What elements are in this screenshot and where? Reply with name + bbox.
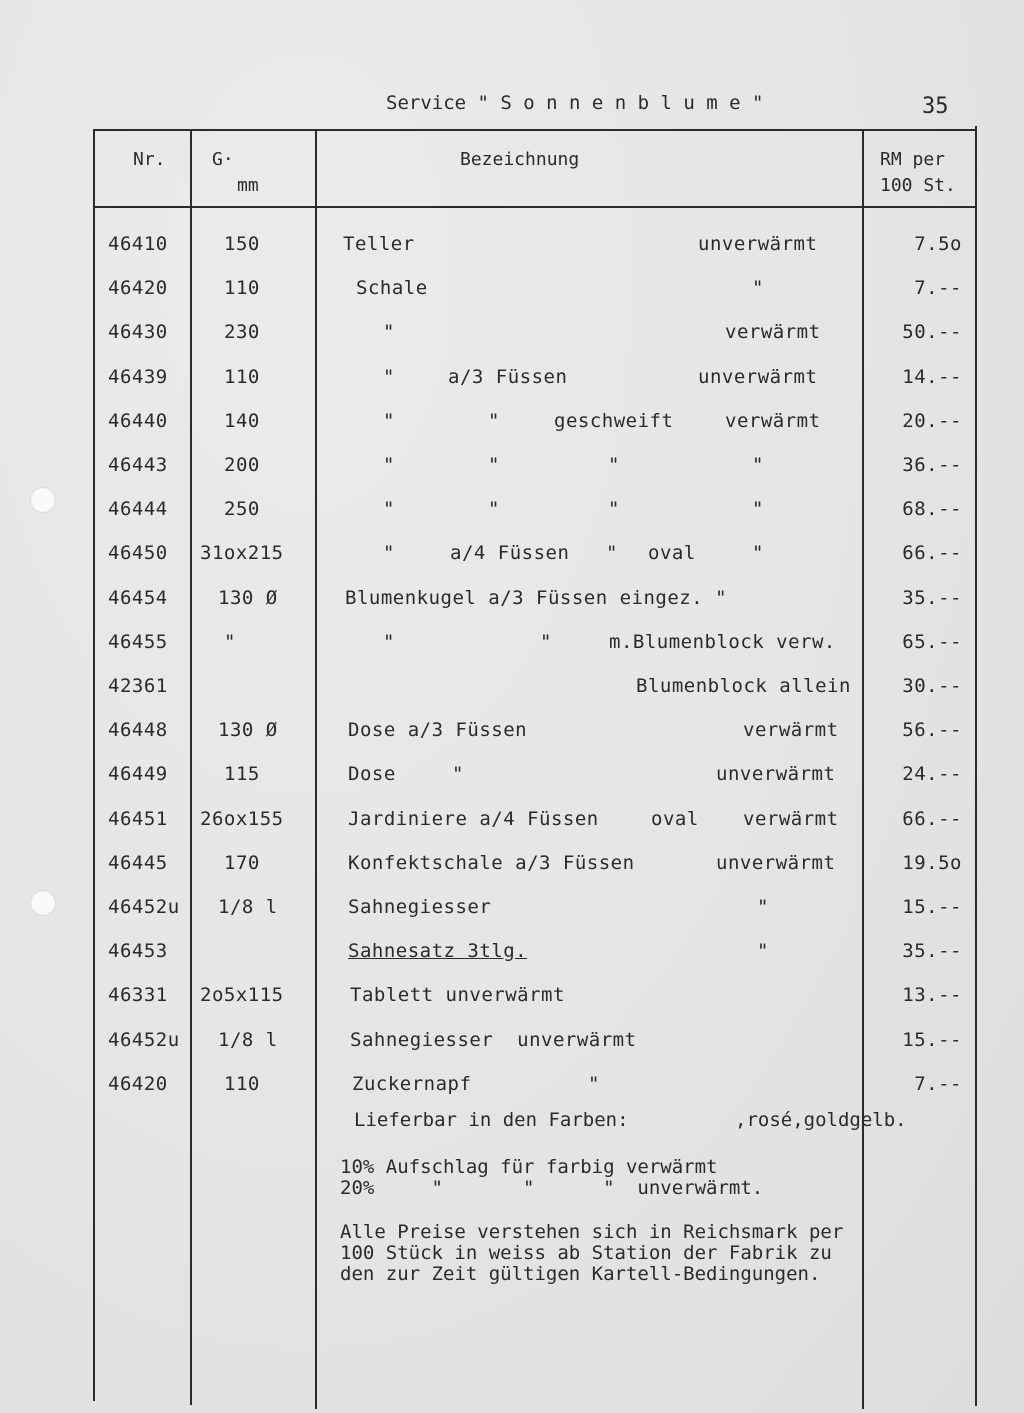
cell-description: ": [488, 410, 500, 432]
surcharge-line-1: 10% Aufschlag für farbig verwärmt: [340, 1157, 718, 1178]
cell-heating-state: verwärmt: [725, 321, 821, 343]
cell-size: 250: [224, 498, 260, 520]
cell-heating-state: ": [752, 277, 764, 299]
cell-description: ": [540, 631, 552, 653]
cell-description: ": [383, 321, 395, 343]
column-header-bezeichnung: Bezeichnung: [460, 146, 579, 173]
column-header-g: G·: [212, 146, 234, 173]
cell-nr: 46445: [108, 852, 168, 874]
cell-nr: 46444: [108, 498, 168, 520]
cell-heating-state: ": [752, 454, 764, 476]
cell-description: ": [488, 498, 500, 520]
cell-price: 13.--: [902, 984, 962, 1006]
cell-heating-state: verwärmt: [743, 719, 839, 741]
cell-price: 50.--: [902, 321, 962, 343]
cell-size: ": [224, 631, 236, 653]
cell-nr: 46420: [108, 1073, 168, 1095]
cell-description: ": [452, 763, 464, 785]
page-title: Service " S o n n e n b l u m e ": [386, 92, 764, 114]
cell-heating-state: ": [752, 542, 764, 564]
cell-description: Tablett unverwärmt: [350, 984, 565, 1006]
cell-description: Dose a/3 Füssen: [348, 719, 527, 741]
column-divider: [862, 129, 864, 1409]
cell-nr: 46420: [108, 277, 168, 299]
cell-description: ": [608, 454, 620, 476]
cell-nr: 46452u: [108, 896, 180, 918]
cell-description: ": [608, 498, 620, 520]
column-header-price-unit: 100 St.: [880, 172, 956, 199]
cell-description: Sahnegiesser: [348, 896, 491, 918]
cell-nr: 46439: [108, 366, 168, 388]
cell-nr: 46450: [108, 542, 168, 564]
column-header-price: RM per: [880, 146, 945, 173]
cell-nr: 46453: [108, 940, 168, 962]
cell-description: m.Blumenblock verw.: [609, 631, 836, 653]
terms-line-2: 100 Stück in weiss ab Station der Fabrik…: [340, 1243, 832, 1264]
cell-heating-state: unverwärmt: [716, 852, 835, 874]
surcharge-line-2: 20% " " " unverwärmt.: [340, 1178, 763, 1199]
cell-description: Zuckernapf: [352, 1073, 471, 1095]
cell-price: 7.--: [914, 1073, 962, 1095]
cell-price: 15.--: [902, 1029, 962, 1051]
page-number: 35: [922, 94, 949, 119]
cell-description: Blumenblock allein: [636, 675, 851, 697]
cell-description: Konfektschale a/3 Füssen: [348, 852, 635, 874]
cell-price: 24.--: [902, 763, 962, 785]
cell-description: Jardiniere a/4 Füssen: [348, 808, 599, 830]
table-header-divider: [93, 206, 977, 208]
cell-size: 130 Ø: [218, 587, 278, 609]
cell-description: a/3 Füssen: [448, 366, 567, 388]
cell-price: 66.--: [902, 808, 962, 830]
cell-price: 7.5o: [914, 233, 962, 255]
cell-description: ": [383, 454, 395, 476]
cell-heating-state: ": [757, 940, 769, 962]
cell-size: 110: [224, 277, 260, 299]
cell-size: 130 Ø: [218, 719, 278, 741]
cell-description: Blumenkugel a/3 Füssen eingez. ": [345, 587, 727, 609]
cell-nr: 46430: [108, 321, 168, 343]
cell-size: 110: [224, 1073, 260, 1095]
cell-nr: 46452u: [108, 1029, 180, 1051]
table-top-border: [93, 129, 977, 131]
cell-nr: 46331: [108, 984, 168, 1006]
cell-description: a/4 Füssen: [450, 542, 569, 564]
cell-description: Teller: [343, 233, 415, 255]
colors-value: ,rosé,goldgelb.: [735, 1110, 907, 1131]
cell-price: 35.--: [902, 587, 962, 609]
cell-description: ": [606, 542, 618, 564]
cell-description: Sahnesatz 3tlg.: [348, 940, 527, 962]
cell-heating-state: unverwärmt: [698, 233, 817, 255]
cell-size: 26ox155: [200, 808, 284, 830]
cell-size: 2o5x115: [200, 984, 284, 1006]
cell-price: 56.--: [902, 719, 962, 741]
cell-price: 14.--: [902, 366, 962, 388]
cell-size: 200: [224, 454, 260, 476]
cell-description: ": [488, 454, 500, 476]
cell-description: ": [383, 366, 395, 388]
table-border-left: [93, 129, 95, 1401]
cell-nr: 46449: [108, 763, 168, 785]
cell-size: 140: [224, 410, 260, 432]
cell-size: 1/8 l: [218, 896, 278, 918]
cell-description: Dose: [348, 763, 396, 785]
column-header-nr: Nr.: [133, 146, 166, 173]
cell-nr: 46451: [108, 808, 168, 830]
cell-size: 115: [224, 763, 260, 785]
cell-description: oval: [651, 808, 699, 830]
cell-size: 170: [224, 852, 260, 874]
cell-price: 15.--: [902, 896, 962, 918]
cell-size: 150: [224, 233, 260, 255]
cell-heating-state: ": [757, 896, 769, 918]
cell-price: 20.--: [902, 410, 962, 432]
cell-heating-state: unverwärmt: [716, 763, 835, 785]
column-divider: [315, 129, 317, 1409]
colors-label: Lieferbar in den Farben:: [354, 1110, 629, 1131]
cell-description: oval: [648, 542, 696, 564]
cell-price: 7.--: [914, 277, 962, 299]
cell-price: 30.--: [902, 675, 962, 697]
cell-price: 19.5o: [902, 852, 962, 874]
cell-description: Schale: [356, 277, 428, 299]
cell-price: 68.--: [902, 498, 962, 520]
cell-nr: 46443: [108, 454, 168, 476]
cell-size: 31ox215: [200, 542, 284, 564]
cell-description: ": [383, 542, 395, 564]
cell-nr: 46455: [108, 631, 168, 653]
punch-hole: [30, 890, 56, 916]
cell-price: 66.--: [902, 542, 962, 564]
table-border-right: [975, 126, 977, 1406]
cell-price: 36.--: [902, 454, 962, 476]
punch-hole: [30, 487, 56, 513]
cell-description: ": [383, 410, 395, 432]
cell-description: Sahnegiesser unverwärmt: [350, 1029, 637, 1051]
cell-nr: 46410: [108, 233, 168, 255]
cell-description: ": [383, 631, 395, 653]
cell-nr: 46440: [108, 410, 168, 432]
cell-nr: 46448: [108, 719, 168, 741]
cell-heating-state: verwärmt: [725, 410, 821, 432]
cell-heating-state: unverwärmt: [698, 366, 817, 388]
cell-nr: 42361: [108, 675, 168, 697]
terms-line-1: Alle Preise verstehen sich in Reichsmark…: [340, 1222, 843, 1243]
cell-description: geschweift: [554, 410, 673, 432]
cell-heating-state: ": [752, 498, 764, 520]
cell-price: 65.--: [902, 631, 962, 653]
cell-nr: 46454: [108, 587, 168, 609]
cell-description: ": [383, 498, 395, 520]
document-page: Service " S o n n e n b l u m e " 35 Nr.…: [0, 0, 1024, 1413]
cell-description: ": [588, 1073, 600, 1095]
cell-heating-state: verwärmt: [743, 808, 839, 830]
cell-size: 110: [224, 366, 260, 388]
cell-price: 35.--: [902, 940, 962, 962]
cell-size: 230: [224, 321, 260, 343]
column-header-g-unit: mm: [237, 172, 259, 199]
cell-size: 1/8 l: [218, 1029, 278, 1051]
terms-line-3: den zur Zeit gültigen Kartell-Bedingunge…: [340, 1264, 820, 1285]
column-divider: [190, 129, 192, 1405]
